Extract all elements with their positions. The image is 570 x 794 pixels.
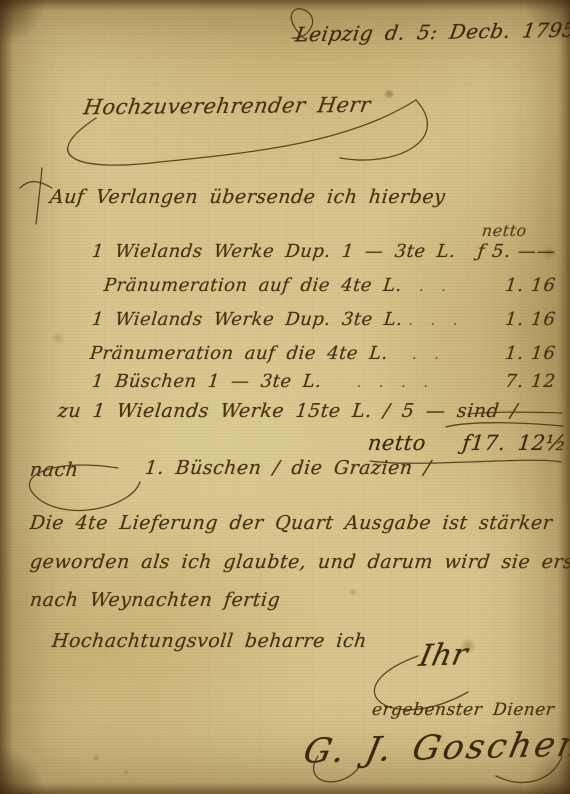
opening-flourish [20, 182, 52, 188]
dateline: Leipzig d. 5: Decb. 1795. [294, 18, 570, 47]
valediction-diener: ergebenster Diener [371, 700, 556, 720]
line-item-price: 7. 12 [469, 371, 557, 392]
leader-dots: . . [402, 280, 470, 295]
body-paragraph-line: nach Weynachten fertig [29, 589, 282, 611]
invoice-line: 1 Wielands Werke Dup. 3te L. . . . 1. 16 [0, 309, 556, 330]
body-paragraph-line: Die 4te Lieferung der Quart Ausgabe ist … [29, 512, 554, 534]
netto-column-header: netto [481, 221, 528, 240]
paper-edge-right [558, 0, 570, 794]
nach-lead: nach [29, 459, 80, 481]
total-label: netto [367, 431, 428, 455]
opening-line: Auf Verlangen übersende ich hierbey [49, 186, 447, 208]
invoice-line: Pränumeration auf die 4te L. . . 1. 16 [0, 343, 556, 364]
line-item-price: 1. 16 [469, 343, 557, 364]
paper-edge-bottom [0, 782, 570, 794]
opening-flourish [36, 168, 42, 224]
line-item-text: Pränumeration auf die 4te L. [89, 343, 389, 364]
total-line: netto ƒ17. 12½ [367, 431, 568, 455]
paper-corner-top-left [0, 0, 46, 46]
line-item-text: 1 Wielands Werke Dup. 3te L. [91, 309, 404, 330]
line-item-text: 1 Büschen 1 — 3te L. [91, 371, 323, 392]
body-paragraph-line: geworden als ich glaubte, und darum wird… [29, 551, 570, 573]
closing-line: Hochachtungsvoll beharre ich [51, 630, 368, 652]
total-value: ƒ17. 12½ [461, 431, 567, 455]
line-item-text: Pränumeration auf die 4te L. [103, 275, 403, 296]
line-item-text: 1 Wielands Werke Dup. 1 — 3te L. [91, 241, 457, 262]
valediction-ihr: Ihr [416, 637, 471, 674]
invoice-line: 1 Wielands Werke Dup. 1 — 3te L. ƒ 5. —— [0, 241, 556, 262]
leader-dots: . . [388, 348, 470, 363]
invoice-line: Pränumeration auf die 4te L. . . 1. 16 [0, 275, 556, 296]
leader-dots: . . . [403, 314, 470, 329]
line-item-price: ƒ 5. —— [469, 241, 557, 262]
invoice-line: 1 Büschen 1 — 3te L. . . . . 7. 12 [0, 371, 556, 392]
signature: G. J. Goschen [300, 724, 570, 771]
paper-corner-bottom-left [0, 748, 46, 794]
paper-edge-top [0, 0, 570, 11]
line-item-price: 1. 16 [469, 275, 557, 296]
nach-line: 1. Büschen / die Grazien / [144, 457, 432, 479]
letter-scan-page: Leipzig d. 5: Decb. 1795. Hochzuverehren… [0, 0, 570, 794]
sum-rule [446, 423, 563, 427]
salutation-line: Hochzuverehrender Herr [82, 93, 372, 119]
leader-dots: . . . . [322, 376, 470, 391]
paper-edge-left [0, 0, 14, 794]
line-item-price: 1. 16 [469, 309, 557, 330]
sum-line: zu 1 Wielands Werke 15te L. / 5 — sind / [57, 400, 519, 422]
